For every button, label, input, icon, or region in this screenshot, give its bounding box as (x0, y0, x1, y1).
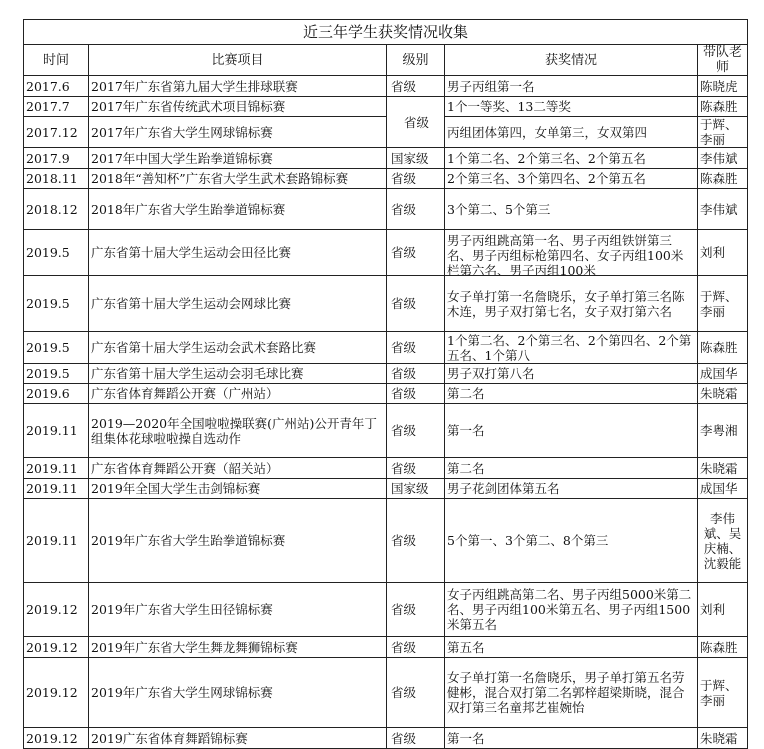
cell-level[interactable]: 省级 (387, 332, 445, 364)
cell-time[interactable]: 2017.7 (24, 97, 89, 117)
table-row: 2019.5广东省第十届大学生运动会田径比赛省级男子丙组跳高第一名、男子丙组铁饼… (24, 230, 748, 276)
table-row: 2018.112018年“善知杯”广东省大学生武术套路锦标赛省级2个第三名、3个… (24, 169, 748, 189)
cell-result[interactable]: 第一名 (445, 404, 698, 458)
cell-result[interactable]: 男子双打第八名 (445, 364, 698, 384)
table-row: 2019.11广东省体育舞蹈公开赛（韶关站）省级第二名朱晓霜 (24, 458, 748, 479)
header-teacher[interactable]: 带队老师 (698, 45, 748, 76)
header-result[interactable]: 获奖情况 (445, 45, 698, 76)
cell-time[interactable]: 2019.12 (24, 658, 89, 728)
cell-teacher[interactable]: 朱晓霜 (698, 458, 748, 479)
header-level[interactable]: 级别 (387, 45, 445, 76)
cell-level[interactable]: 省级 (387, 658, 445, 728)
cell-result[interactable]: 男子丙组第一名 (445, 76, 698, 97)
cell-result[interactable]: 第二名 (445, 384, 698, 404)
table-row: 2017.92017年中国大学生跆拳道锦标赛国家级1个第二名、2个第三名、2个第… (24, 148, 748, 169)
cell-teacher[interactable]: 李伟斌、吴庆楠、沈毅能 (698, 499, 748, 583)
cell-event[interactable]: 2019—2020年全国啦啦操联赛(广州站)公开青年丁组集体花球啦啦操自选动作 (89, 404, 387, 458)
table-row: 2019.122019年广东省大学生网球锦标赛省级女子单打第一名詹晓乐，男子单打… (24, 658, 748, 728)
cell-event[interactable]: 广东省体育舞蹈公开赛（广州站） (89, 384, 387, 404)
cell-time[interactable]: 2017.9 (24, 148, 89, 169)
cell-level[interactable]: 省级 (387, 499, 445, 583)
cell-teacher[interactable]: 李伟斌 (698, 189, 748, 230)
cell-teacher[interactable]: 于辉、李丽 (698, 117, 748, 148)
cell-event[interactable]: 2019年全国大学生击剑锦标赛 (89, 479, 387, 499)
table-row: 2019.112019年全国大学生击剑锦标赛国家级男子花剑团体第五名成国华 (24, 479, 748, 499)
cell-level[interactable]: 省级 (387, 404, 445, 458)
cell-result[interactable]: 女子单打第一名詹晓乐，男子单打第五名劳健彬，混合双打第二名郭梓超梁斯晓，混合双打… (445, 658, 698, 728)
cell-event[interactable]: 2017年中国大学生跆拳道锦标赛 (89, 148, 387, 169)
table-row: 2019.112019年广东省大学生跆拳道锦标赛省级5个第一、3个第二、8个第三… (24, 499, 748, 583)
cell-event[interactable]: 2017年广东省第九届大学生排球联赛 (89, 76, 387, 97)
table-row: 2019.122019年广东省大学生田径锦标赛省级女子丙组跳高第二名、男子丙组5… (24, 583, 748, 637)
cell-level[interactable]: 省级 (387, 458, 445, 479)
header-time[interactable]: 时间 (24, 45, 89, 76)
cell-result[interactable]: 男子花剑团体第五名 (445, 479, 698, 499)
cell-teacher[interactable]: 陈森胜 (698, 637, 748, 658)
cell-event[interactable]: 广东省第十届大学生运动会田径比赛 (89, 230, 387, 276)
cell-teacher[interactable]: 刘利 (698, 583, 748, 637)
cell-teacher[interactable]: 于辉、李丽 (698, 658, 748, 728)
awards-sheet: 近三年学生获奖情况收集 时间 比赛项目 级别 获奖情况 带队老师 2017.62… (23, 19, 747, 749)
table-row: 2019.6广东省体育舞蹈公开赛（广州站）省级第二名朱晓霜 (24, 384, 748, 404)
table-row: 2019.5广东省第十届大学生运动会网球比赛省级女子单打第一名詹晓乐，女子单打第… (24, 276, 748, 332)
table-row: 2017.122017年广东省大学生网球锦标赛丙组团体第四，女单第三，女双第四于… (24, 117, 748, 148)
cell-time[interactable]: 2019.5 (24, 332, 89, 364)
cell-teacher[interactable]: 陈森胜 (698, 169, 748, 189)
cell-level[interactable]: 省级 (387, 364, 445, 384)
cell-time[interactable]: 2019.11 (24, 479, 89, 499)
table-row: 2019.122019年广东省大学生舞龙舞狮锦标赛省级第五名陈森胜 (24, 637, 748, 658)
cell-teacher[interactable]: 陈森胜 (698, 332, 748, 364)
table-row: 2019.5广东省第十届大学生运动会羽毛球比赛省级男子双打第八名成国华 (24, 364, 748, 384)
sheet-title[interactable]: 近三年学生获奖情况收集 (24, 20, 748, 45)
cell-level[interactable]: 省级 (387, 276, 445, 332)
cell-time[interactable]: 2019.6 (24, 384, 89, 404)
cell-result[interactable]: 1个第二名、2个第三名、2个第四名、2个第五名、1个第八 (445, 332, 698, 364)
cell-teacher[interactable]: 刘利 (698, 230, 748, 276)
table-row: 2019.122019广东省体育舞蹈锦标赛省级第一名朱晓霜 (24, 728, 748, 749)
cell-result[interactable]: 1个一等奖、13二等奖 (445, 97, 698, 117)
cell-result[interactable]: 1个第二名、2个第三名、2个第五名 (445, 148, 698, 169)
title-row: 近三年学生获奖情况收集 (24, 20, 748, 45)
cell-teacher[interactable]: 成国华 (698, 479, 748, 499)
cell-result[interactable]: 男子丙组跳高第一名、男子丙组铁饼第三名、男子丙组标枪第四名、女子丙组100米栏第… (445, 230, 698, 276)
cell-result[interactable]: 丙组团体第四，女单第三，女双第四 (445, 117, 698, 148)
cell-teacher[interactable]: 于辉、李丽 (698, 276, 748, 332)
cell-result-text: 男子丙组跳高第一名、男子丙组铁饼第三名、男子丙组标枪第四名、女子丙组100米栏第… (447, 233, 695, 275)
cell-level[interactable]: 省级 (387, 384, 445, 404)
cell-event[interactable]: 2019年广东省大学生网球锦标赛 (89, 658, 387, 728)
cell-teacher[interactable]: 朱晓霜 (698, 384, 748, 404)
cell-level[interactable]: 国家级 (387, 148, 445, 169)
cell-event[interactable]: 2018年“善知杯”广东省大学生武术套路锦标赛 (89, 169, 387, 189)
cell-event[interactable]: 2018年广东省大学生跆拳道锦标赛 (89, 189, 387, 230)
cell-event[interactable]: 2019广东省体育舞蹈锦标赛 (89, 728, 387, 749)
cell-time[interactable]: 2018.12 (24, 189, 89, 230)
cell-result[interactable]: 女子单打第一名詹晓乐，女子单打第三名陈木连，男子双打第七名，女子双打第六名 (445, 276, 698, 332)
cell-teacher[interactable]: 李伟斌 (698, 148, 748, 169)
cell-time[interactable]: 2018.11 (24, 169, 89, 189)
cell-teacher[interactable]: 朱晓霜 (698, 728, 748, 749)
cell-time[interactable]: 2019.5 (24, 230, 89, 276)
cell-level[interactable]: 省级 (387, 637, 445, 658)
cell-level[interactable]: 省级 (387, 169, 445, 189)
cell-result[interactable]: 2个第三名、3个第四名、2个第五名 (445, 169, 698, 189)
cell-time[interactable]: 2019.5 (24, 364, 89, 384)
cell-event[interactable]: 2017年广东省传统武术项目锦标赛 (89, 97, 387, 117)
cell-event[interactable]: 广东省第十届大学生运动会武术套路比赛 (89, 332, 387, 364)
cell-time[interactable]: 2019.11 (24, 499, 89, 583)
awards-table: 近三年学生获奖情况收集 时间 比赛项目 级别 获奖情况 带队老师 2017.62… (23, 19, 748, 749)
cell-teacher[interactable]: 陈晓虎 (698, 76, 748, 97)
cell-event[interactable]: 广东省第十届大学生运动会网球比赛 (89, 276, 387, 332)
table-row: 2018.122018年广东省大学生跆拳道锦标赛省级3个第二、5个第三李伟斌 (24, 189, 748, 230)
cell-level[interactable]: 省级 (387, 76, 445, 97)
cell-result[interactable]: 3个第二、5个第三 (445, 189, 698, 230)
cell-result[interactable]: 女子丙组跳高第二名、男子丙组5000米第二名、男子丙组100米第五名、男子丙组1… (445, 583, 698, 637)
cell-event[interactable]: 2017年广东省大学生网球锦标赛 (89, 117, 387, 148)
cell-time[interactable]: 2019.5 (24, 276, 89, 332)
cell-level[interactable]: 省级 (387, 583, 445, 637)
cell-time[interactable]: 2017.6 (24, 76, 89, 97)
cell-result[interactable]: 第一名 (445, 728, 698, 749)
cell-teacher[interactable]: 李粤湘 (698, 404, 748, 458)
cell-result[interactable]: 第五名 (445, 637, 698, 658)
cell-level[interactable]: 省级 (387, 728, 445, 749)
cell-result[interactable]: 第二名 (445, 458, 698, 479)
cell-time[interactable]: 2019.11 (24, 458, 89, 479)
table-row: 2019.112019—2020年全国啦啦操联赛(广州站)公开青年丁组集体花球啦… (24, 404, 748, 458)
cell-level[interactable]: 省级 (387, 97, 445, 148)
cell-level[interactable]: 省级 (387, 230, 445, 276)
cell-time[interactable]: 2019.11 (24, 404, 89, 458)
cell-event[interactable]: 2019年广东省大学生舞龙舞狮锦标赛 (89, 637, 387, 658)
cell-event[interactable]: 广东省第十届大学生运动会羽毛球比赛 (89, 364, 387, 384)
cell-level[interactable]: 国家级 (387, 479, 445, 499)
cell-time[interactable]: 2017.12 (24, 117, 89, 148)
cell-teacher[interactable]: 成国华 (698, 364, 748, 384)
cell-result[interactable]: 5个第一、3个第二、8个第三 (445, 499, 698, 583)
header-event[interactable]: 比赛项目 (89, 45, 387, 76)
header-row: 时间 比赛项目 级别 获奖情况 带队老师 (24, 45, 748, 76)
table-row: 2017.72017年广东省传统武术项目锦标赛省级1个一等奖、13二等奖陈森胜 (24, 97, 748, 117)
cell-time[interactable]: 2019.12 (24, 583, 89, 637)
cell-event[interactable]: 2019年广东省大学生跆拳道锦标赛 (89, 499, 387, 583)
cell-event[interactable]: 2019年广东省大学生田径锦标赛 (89, 583, 387, 637)
cell-teacher[interactable]: 陈森胜 (698, 97, 748, 117)
cell-level[interactable]: 省级 (387, 189, 445, 230)
cell-event[interactable]: 广东省体育舞蹈公开赛（韶关站） (89, 458, 387, 479)
cell-time[interactable]: 2019.12 (24, 637, 89, 658)
table-row: 2017.62017年广东省第九届大学生排球联赛省级男子丙组第一名陈晓虎 (24, 76, 748, 97)
cell-time[interactable]: 2019.12 (24, 728, 89, 749)
table-row: 2019.5广东省第十届大学生运动会武术套路比赛省级1个第二名、2个第三名、2个… (24, 332, 748, 364)
